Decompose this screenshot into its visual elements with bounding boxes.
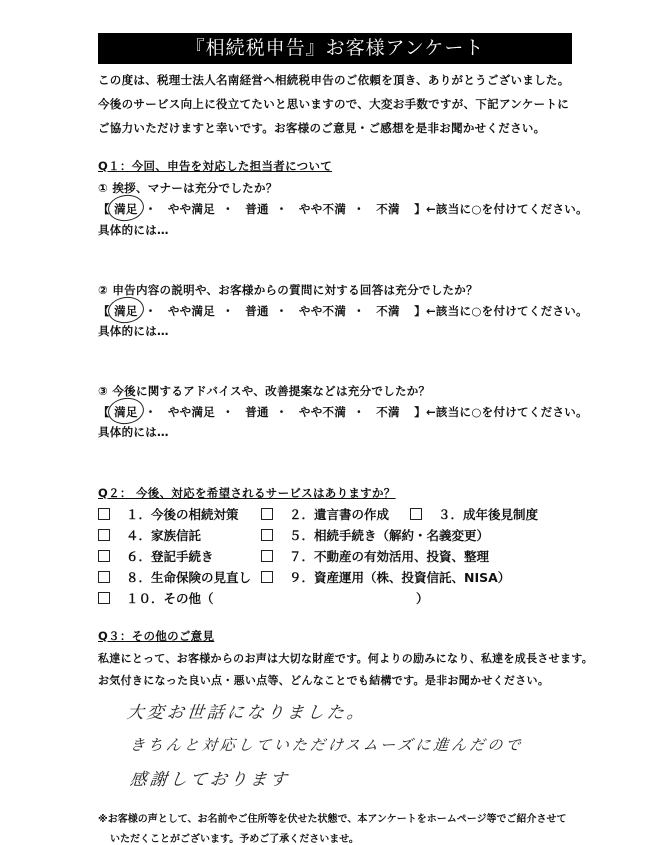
separator: ・ bbox=[353, 304, 365, 318]
bracket-close: 】 bbox=[414, 304, 426, 318]
handwritten-line-4: 感謝しております bbox=[129, 765, 292, 790]
checkbox[interactable] bbox=[261, 571, 273, 583]
intro-line-2: 今後のサービス向上に役立てたいと思いますので、大変お手数ですが、下記アンケートに bbox=[98, 96, 569, 112]
q2-option-4[interactable]: ４．家族信託 bbox=[98, 526, 201, 544]
q3-heading: Q３：その他のご意見 bbox=[98, 628, 214, 644]
separator: ・ bbox=[222, 202, 234, 216]
checkbox[interactable] bbox=[410, 508, 422, 520]
q2-option-7[interactable]: ７．不動産の有効活用、投資、整理 bbox=[261, 547, 489, 565]
option-somewhat-satisfied[interactable]: やや満足 bbox=[168, 405, 215, 419]
checkbox[interactable] bbox=[98, 592, 110, 604]
q1-2-detail-label: 具体的には… bbox=[98, 323, 169, 339]
option-somewhat-dissatisfied[interactable]: やや不満 bbox=[299, 304, 346, 318]
q2-option-2[interactable]: ２．遺言書の作成 bbox=[261, 505, 389, 523]
bracket-close: 】 bbox=[414, 202, 426, 216]
separator: ・ bbox=[276, 202, 288, 216]
option-dissatisfied[interactable]: 不満 bbox=[376, 405, 400, 419]
q2-option-8[interactable]: ８．生命保険の見直し bbox=[98, 568, 251, 586]
q2-option-6[interactable]: ６．登記手続き bbox=[98, 547, 214, 565]
q2-option-5[interactable]: ５．相続手続き（解約・名義変更） bbox=[261, 526, 489, 544]
separator: ・ bbox=[276, 405, 288, 419]
intro-line-1: この度は、税理士法人名南経営へ相続税申告のご依頼を頂き、ありがとうございました。 bbox=[98, 72, 570, 88]
q1-1-question: ① 挨拶、マナーは充分でしたか？ bbox=[98, 180, 278, 196]
q2-options: １．今後の相続対策 ２．遺言書の作成 ３．成年後見制度 ４．家族信託 ５．相続手… bbox=[98, 505, 578, 605]
survey-title: 『相続税申告』お客様アンケート bbox=[98, 33, 572, 64]
intro-line-3: ご協力いただけますと幸いです。お客様のご意見・ご感想を是非お聞かせください。 bbox=[98, 120, 545, 136]
option-dissatisfied[interactable]: 不満 bbox=[376, 304, 400, 318]
footnote-line-1: ※お客様の声として、お名前やご住所等を伏せた状態で、本アンケートをホームページ等… bbox=[98, 810, 567, 825]
option-satisfied-circled[interactable]: 満足 bbox=[114, 201, 138, 217]
option-dissatisfied[interactable]: 不満 bbox=[376, 202, 400, 216]
checkbox[interactable] bbox=[98, 571, 110, 583]
option-label: ５．相続手続き（解約・名義変更） bbox=[289, 528, 489, 543]
handwritten-line-1: 大変お世話になりました。 bbox=[126, 698, 369, 723]
separator: ・ bbox=[145, 405, 157, 419]
separator: ・ bbox=[276, 304, 288, 318]
q1-1-detail-label: 具体的には… bbox=[98, 222, 169, 238]
q3-text-1: 私達にとって、お客様からのお声は大切な財産です。何よりの励みになり、私達を成長さ… bbox=[98, 650, 593, 666]
q1-3-scale[interactable]: 【 満足・ やや満足・ 普通・ やや不満・ 不満 】←該当に○を付けてください。 bbox=[98, 404, 588, 420]
option-somewhat-satisfied[interactable]: やや満足 bbox=[168, 304, 215, 318]
checkbox[interactable] bbox=[261, 550, 273, 562]
q2-option-9[interactable]: ９．資産運用（株、投資信託、NISA） bbox=[261, 568, 510, 586]
checkbox[interactable] bbox=[98, 550, 110, 562]
q1-3-question: ③ 今後に関するアドバイスや、改善提案などは充分でしたか？ bbox=[98, 383, 430, 399]
option-label: ７．不動産の有効活用、投資、整理 bbox=[289, 549, 489, 564]
option-neutral[interactable]: 普通 bbox=[245, 304, 269, 318]
separator: ・ bbox=[222, 304, 234, 318]
separator: ・ bbox=[222, 405, 234, 419]
option-somewhat-dissatisfied[interactable]: やや不満 bbox=[299, 202, 346, 216]
option-label: ６．登記手続き bbox=[126, 549, 214, 564]
option-satisfied-circled[interactable]: 満足 bbox=[114, 303, 138, 319]
option-label: ２．遺言書の作成 bbox=[289, 507, 389, 522]
q1-2-scale[interactable]: 【 満足・ やや満足・ 普通・ やや不満・ 不満 】←該当に○を付けてください。 bbox=[98, 303, 588, 319]
option-label: ４．家族信託 bbox=[126, 528, 201, 543]
option-label: ８．生命保険の見直し bbox=[126, 570, 251, 585]
footnote-line-2: いただくことがございます。予めご了承くださいませ。 bbox=[110, 830, 359, 845]
instruction: ←該当に○を付けてください。 bbox=[426, 202, 588, 216]
q2-heading: Q２： 今後、対応を希望されるサービスはありますか？ bbox=[98, 485, 396, 501]
separator: ・ bbox=[353, 405, 365, 419]
handwritten-line-3: スムーズに進んだので bbox=[344, 734, 525, 755]
instruction: ←該当に○を付けてください。 bbox=[426, 304, 588, 318]
option-label: ３．成年後見制度 bbox=[438, 507, 538, 522]
other-close-paren: ） bbox=[416, 589, 429, 607]
separator: ・ bbox=[145, 202, 157, 216]
checkbox[interactable] bbox=[261, 529, 273, 541]
bracket-close: 】 bbox=[414, 405, 426, 419]
handwritten-line-2: きちんと対応していただけ bbox=[129, 734, 347, 755]
option-somewhat-dissatisfied[interactable]: やや不満 bbox=[299, 405, 346, 419]
option-label: １０．その他（ bbox=[126, 591, 214, 606]
q1-1-scale[interactable]: 【 満足・ やや満足・ 普通・ やや不満・ 不満 】←該当に○を付けてください。 bbox=[98, 201, 588, 217]
checkbox[interactable] bbox=[98, 529, 110, 541]
checkbox[interactable] bbox=[98, 508, 110, 520]
q2-option-1[interactable]: １．今後の相続対策 bbox=[98, 505, 239, 523]
q2-option-3[interactable]: ３．成年後見制度 bbox=[410, 505, 538, 523]
option-neutral[interactable]: 普通 bbox=[245, 405, 269, 419]
option-somewhat-satisfied[interactable]: やや満足 bbox=[168, 202, 215, 216]
q3-text-2: お気付きになった良い点・悪い点等、どんなことでも結構です。是非お聞かせください。 bbox=[98, 672, 549, 688]
option-label: ９．資産運用（株、投資信託、NISA） bbox=[289, 570, 510, 585]
checkbox[interactable] bbox=[261, 508, 273, 520]
q1-2-question: ② 申告内容の説明や、お客様からの質問に対する回答は充分でしたか？ bbox=[98, 282, 478, 298]
separator: ・ bbox=[353, 202, 365, 216]
option-label: １．今後の相続対策 bbox=[126, 507, 239, 522]
q1-3-detail-label: 具体的には… bbox=[98, 424, 169, 440]
q2-option-10[interactable]: １０．その他（） bbox=[98, 589, 214, 607]
separator: ・ bbox=[145, 304, 157, 318]
option-neutral[interactable]: 普通 bbox=[245, 202, 269, 216]
instruction: ←該当に○を付けてください。 bbox=[426, 405, 588, 419]
q1-heading: Q１：今回、申告を対応した担当者について bbox=[98, 158, 332, 174]
option-satisfied-circled[interactable]: 満足 bbox=[114, 404, 138, 420]
